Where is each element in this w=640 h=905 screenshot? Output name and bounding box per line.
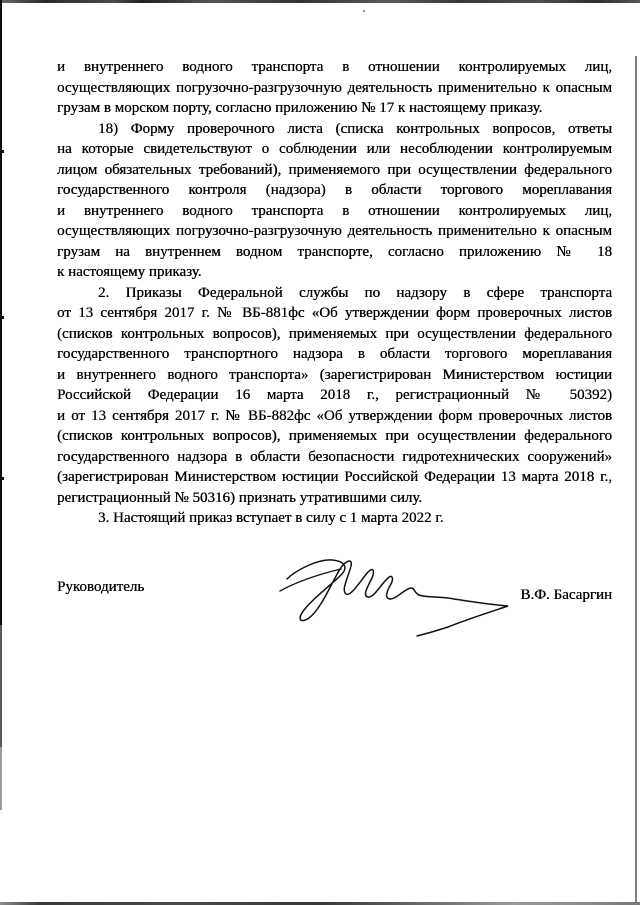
text-line: государственного надзора в области безоп… [57, 447, 612, 468]
text-line: осуществляющих погрузочно-разгрузочную д… [57, 221, 612, 242]
text-line: регистрационный № 50316) признать утрати… [57, 488, 612, 509]
signer-role: Руководитель [57, 579, 144, 604]
text-line: 18) Форму проверочного листа (списка кон… [57, 119, 612, 140]
text-line: (зарегистрирован Министерством юстиции Р… [57, 467, 612, 488]
text-line: Российской Федерации 16 марта 2018 г., р… [57, 385, 612, 406]
text-line: 2. Приказы Федеральной службы по надзору… [57, 283, 612, 304]
scan-edge-left-fade-light [0, 747, 2, 810]
text-line: и внутреннего водного транспорта в отнош… [57, 57, 612, 78]
text-line: (списков контрольных вопросов), применяе… [57, 426, 612, 447]
text-line: и внутреннего водного транспорта» (зарег… [57, 365, 612, 386]
text-line: государственного контроля (надзора) в об… [57, 180, 612, 201]
text-line: грузам в морском порту, согласно приложе… [57, 98, 612, 119]
text-line: 3. Настоящий приказ вступает в силу с 1 … [57, 508, 612, 529]
signature-block: Руководитель В.Ф. Басаргин [57, 579, 612, 604]
scan-tick [0, 477, 4, 480]
text-line: и от 13 сентября 2017 г. № ВБ-882фс «Об … [57, 406, 612, 427]
scanned-document-page: и внутреннего водного транспорта в отнош… [0, 0, 640, 905]
scan-tick [0, 150, 4, 153]
text-line: лицом обязательных требований), применяе… [57, 160, 612, 181]
text-line: (списков контрольных вопросов), применяе… [57, 324, 612, 345]
text-line: грузам на внутреннем водном транспорте, … [57, 242, 612, 263]
text-line: к настоящему приказу. [57, 262, 612, 283]
scan-speck [363, 10, 365, 12]
document-text: и внутреннего водного транспорта в отнош… [57, 57, 612, 529]
text-line: и внутреннего водного транспорта в отнош… [57, 201, 612, 222]
text-line: осуществляющих погрузочно-разгрузочную д… [57, 78, 612, 99]
scan-edge-top [0, 0, 640, 3]
scan-edge-left-fade [0, 625, 2, 747]
text-line: государственного транспортного надзора в… [57, 344, 612, 365]
scan-edge-left [0, 0, 2, 625]
scan-edge-right [635, 56, 637, 905]
text-line: на которые свидетельствуют о соблюдении … [57, 139, 612, 160]
text-line: от 13 сентября 2017 г. № ВБ-881фс «Об ут… [57, 303, 612, 324]
scan-tick [0, 316, 4, 319]
signer-name: В.Ф. Басаргин [520, 587, 612, 604]
